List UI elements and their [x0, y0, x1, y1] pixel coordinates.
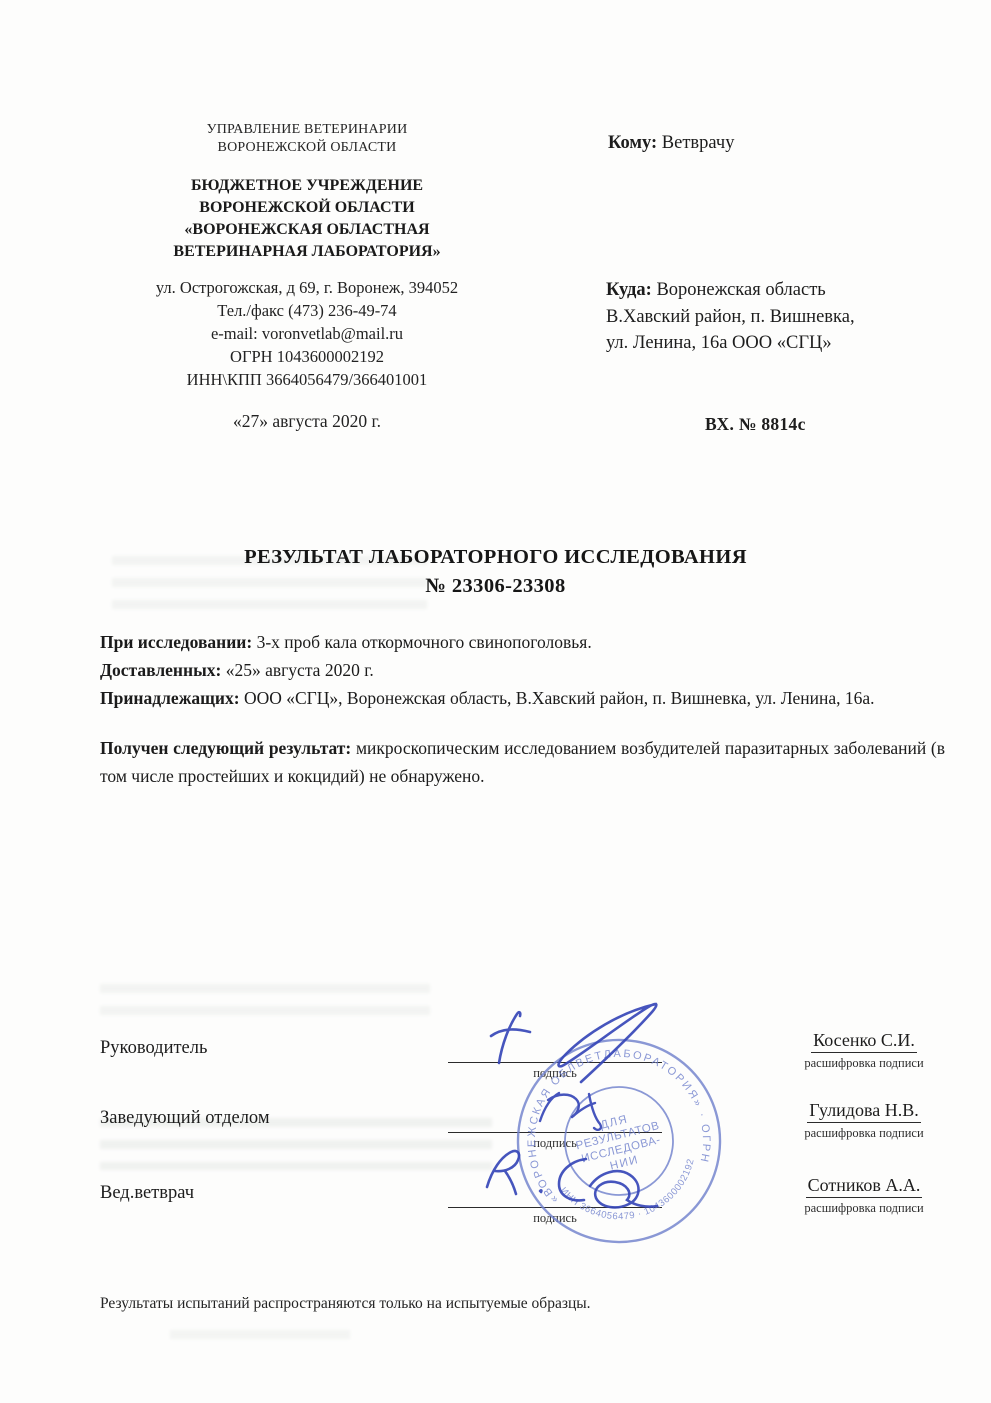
- authority-line2: ВОРОНЕЖСКОЙ ОБЛАСТИ: [118, 139, 496, 157]
- delivered-label: Доставленных:: [100, 660, 221, 680]
- recipient-to-value: Ветврачу: [662, 133, 735, 153]
- signature-row-director: Руководитель подпись Косенко С.И. расшиф…: [100, 1028, 945, 1094]
- scanned-document-page: УПРАВЛЕНИЕ ВЕТЕРИНАРИИ ВОРОНЕЖСКОЙ ОБЛАС…: [0, 0, 991, 1403]
- org-line3: «ВОРОНЕЖСКАЯ ОБЛАСТНАЯ: [118, 219, 496, 241]
- delivered-value: «25» августа 2020 г.: [226, 660, 374, 680]
- signature-row-department-head: Заведующий отделом подпись Гулидова Н.В.…: [100, 1098, 945, 1164]
- letterhead: УПРАВЛЕНИЕ ВЕТЕРИНАРИИ ВОРОНЕЖСКОЙ ОБЛАС…: [118, 121, 496, 432]
- recipient-where-line3: ул. Ленина, 16а ООО «СГЦ»: [606, 330, 954, 357]
- signature-rule: [448, 1132, 662, 1133]
- recipient-to-label: Кому:: [608, 133, 657, 153]
- signer-role: Руководитель: [100, 1038, 207, 1059]
- recipient-where-line1: Куда: Воронежская область: [606, 277, 954, 304]
- signer-role: Вед.ветврач: [100, 1183, 194, 1204]
- signer-name: Косенко С.И.: [811, 1030, 917, 1053]
- signer-role: Заведующий отделом: [100, 1108, 270, 1129]
- bleedthrough-smudge: [170, 1330, 350, 1342]
- signer-name-block: Косенко С.И. расшифровка подписи: [783, 1030, 945, 1071]
- belongs-label: Принадлежащих:: [100, 688, 240, 708]
- recipient-where: Куда: Воронежская область В.Хавский райо…: [606, 277, 954, 357]
- document-title: РЕЗУЛЬТАТ ЛАБОРАТОРНОГО ИССЛЕДОВАНИЯ № 2…: [0, 543, 991, 601]
- signer-name-block: Гулидова Н.В. расшифровка подписи: [783, 1100, 945, 1141]
- org-line4: ВЕТЕРИНАРНАЯ ЛАБОРАТОРИЯ»: [118, 241, 496, 263]
- org-email: e-mail: voronvetlab@mail.ru: [118, 322, 496, 345]
- incoming-number: ВХ. № 8814с: [705, 414, 806, 435]
- signer-name-block: Сотников А.А. расшифровка подписи: [783, 1175, 945, 1216]
- authority-name: УПРАВЛЕНИЕ ВЕТЕРИНАРИИ ВОРОНЕЖСКОЙ ОБЛАС…: [118, 121, 496, 156]
- signature-caption: подпись: [448, 1211, 662, 1226]
- recipient-where-label: Куда:: [606, 280, 652, 300]
- bleedthrough-smudge: [100, 984, 430, 1024]
- organization-contacts: ул. Острогожская, д 69, г. Воронеж, 3940…: [118, 276, 496, 391]
- signature-row-lead-vet: Вед.ветврач подпись Сотников А.А. расшиф…: [100, 1173, 945, 1239]
- signature-line: подпись: [448, 1062, 662, 1081]
- document-title-number: № 23306-23308: [0, 572, 991, 601]
- signer-name-caption: расшифровка подписи: [783, 1126, 945, 1141]
- org-address: ул. Острогожская, д 69, г. Воронеж, 3940…: [118, 276, 496, 299]
- recipient-to: Кому: Ветврачу: [608, 133, 734, 154]
- signature-line: подпись: [448, 1132, 662, 1151]
- signature-line: подпись: [448, 1207, 662, 1226]
- delivered-line: Доставленных: «25» августа 2020 г.: [100, 656, 945, 684]
- signer-name-caption: расшифровка подписи: [783, 1201, 945, 1216]
- document-body: При исследовании: 3-х проб кала откормоч…: [100, 628, 945, 790]
- signature-rule: [448, 1062, 662, 1063]
- letter-date: «27» августа 2020 г.: [118, 411, 496, 432]
- research-label: При исследовании:: [100, 632, 252, 652]
- org-phone: Тел./факс (473) 236-49-74: [118, 299, 496, 322]
- belongs-value: ООО «СГЦ», Воронежская область, В.Хавски…: [244, 688, 875, 708]
- footer-disclaimer: Результаты испытаний распространяются то…: [100, 1295, 591, 1313]
- org-line1: БЮДЖЕТНОЕ УЧРЕЖДЕНИЕ: [118, 175, 496, 197]
- signer-name: Сотников А.А.: [806, 1175, 923, 1198]
- signature-caption: подпись: [448, 1136, 662, 1151]
- recipient-where-line2: В.Хавский район, п. Вишневка,: [606, 304, 954, 331]
- signature-rule: [448, 1207, 662, 1208]
- research-line: При исследовании: 3-х проб кала откормоч…: [100, 628, 945, 656]
- result-paragraph: Получен следующий результат: микроскопич…: [100, 734, 945, 790]
- belongs-line: Принадлежащих: ООО «СГЦ», Воронежская об…: [100, 684, 945, 712]
- authority-line1: УПРАВЛЕНИЕ ВЕТЕРИНАРИИ: [118, 121, 496, 139]
- research-value: 3-х проб кала откормочного свинопоголовь…: [257, 632, 592, 652]
- org-ogrn: ОГРН 1043600002192: [118, 345, 496, 368]
- signer-name: Гулидова Н.В.: [807, 1100, 920, 1123]
- signature-caption: подпись: [448, 1066, 662, 1081]
- signer-name-caption: расшифровка подписи: [783, 1056, 945, 1071]
- organization-name: БЮДЖЕТНОЕ УЧРЕЖДЕНИЕ ВОРОНЕЖСКОЙ ОБЛАСТИ…: [118, 175, 496, 263]
- org-line2: ВОРОНЕЖСКОЙ ОБЛАСТИ: [118, 197, 496, 219]
- org-inn-kpp: ИНН\КПП 3664056479/366401001: [118, 368, 496, 391]
- document-title-line1: РЕЗУЛЬТАТ ЛАБОРАТОРНОГО ИССЛЕДОВАНИЯ: [0, 543, 991, 572]
- result-label: Получен следующий результат:: [100, 738, 351, 758]
